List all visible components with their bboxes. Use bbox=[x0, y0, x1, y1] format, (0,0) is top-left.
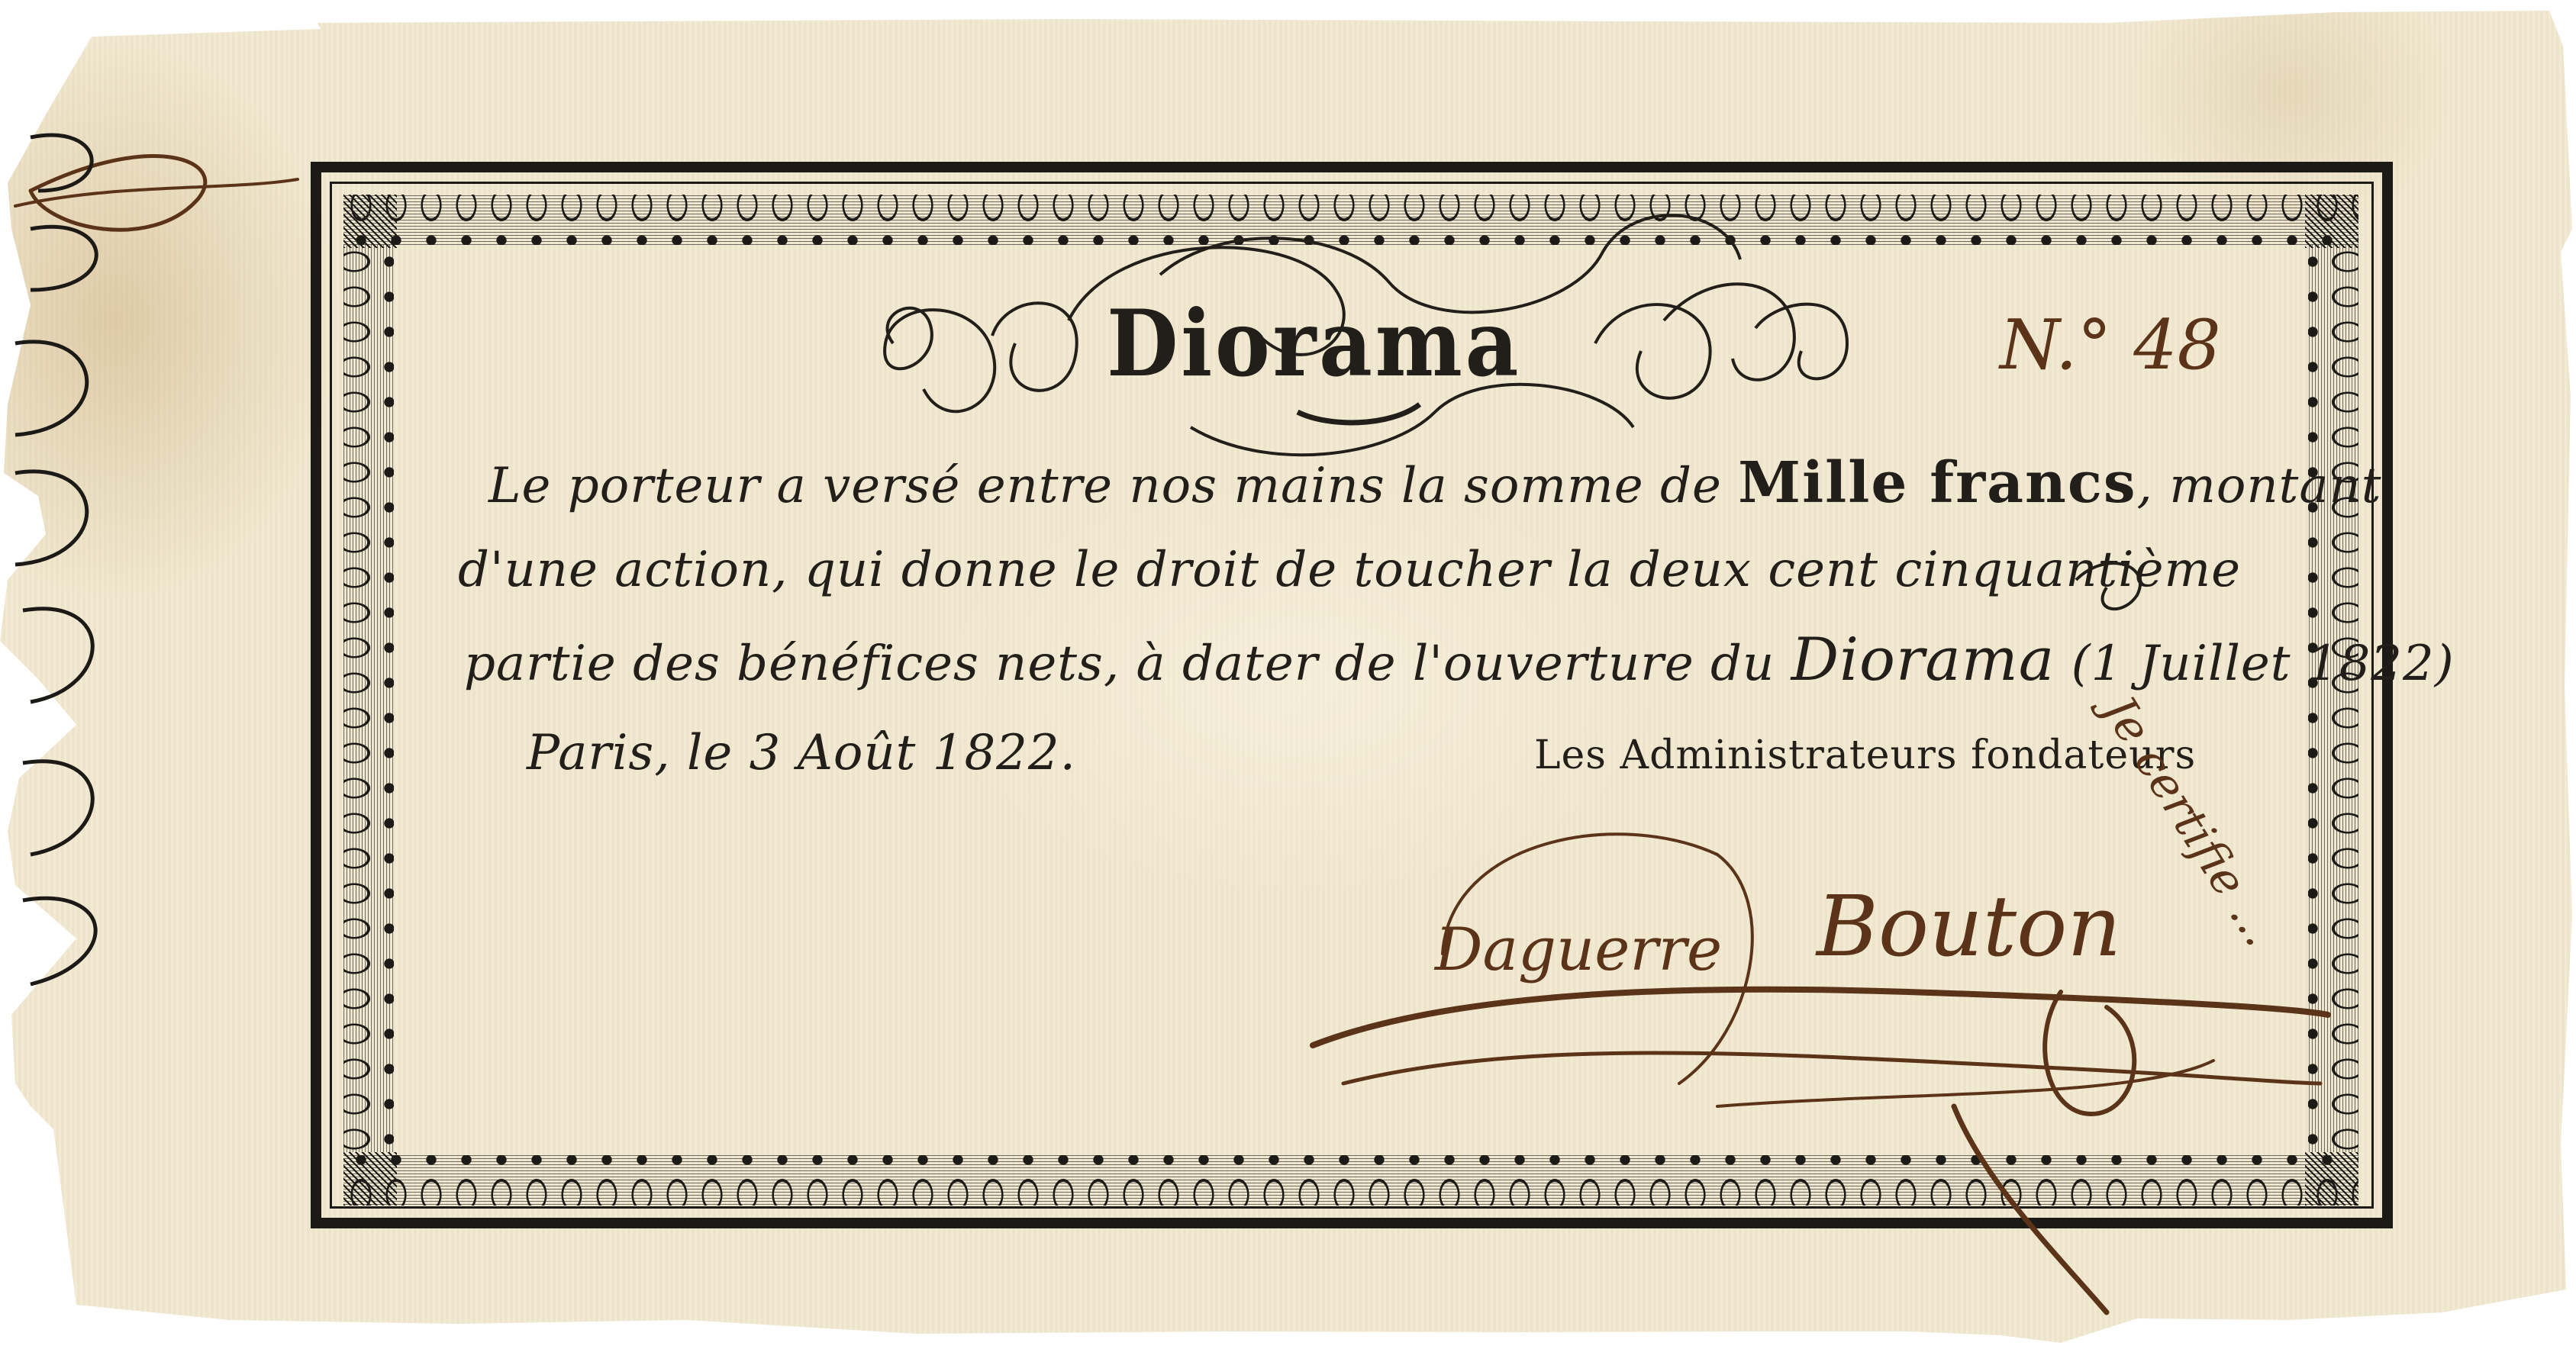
body-line-3: partie des bénéfices nets, à dater de l'… bbox=[464, 626, 2455, 694]
certificate-scan: Diorama N.° 48 Le porteur a versé entre … bbox=[0, 0, 2576, 1365]
inline-brand: Diorama bbox=[1791, 626, 2055, 694]
signature-daguerre: Daguerre bbox=[1435, 916, 1722, 984]
opening-date: (1 Juillet 1822) bbox=[2071, 636, 2455, 692]
signatory-caption: Les Administrateurs fondateurs bbox=[1534, 732, 2196, 778]
place-and-date: Paris, le 3 Août 1822. bbox=[527, 725, 1076, 781]
body-line-1-tail: , montant bbox=[2137, 458, 2382, 514]
body-line-1-text: Le porteur a versé entre nos mains la so… bbox=[488, 458, 1722, 514]
amount: Mille francs bbox=[1738, 450, 2136, 516]
document-title: Diorama bbox=[1107, 290, 1521, 398]
serial-number: N.° 48 bbox=[2000, 305, 2221, 385]
signature-bouton: Bouton bbox=[1817, 877, 2121, 975]
body-line-1: Le porteur a versé entre nos mains la so… bbox=[488, 450, 2381, 516]
body-line-3-text: partie des bénéfices nets, à dater de l'… bbox=[464, 636, 1775, 692]
body-line-2: d'une action, qui donne le droit de touc… bbox=[458, 542, 2241, 598]
